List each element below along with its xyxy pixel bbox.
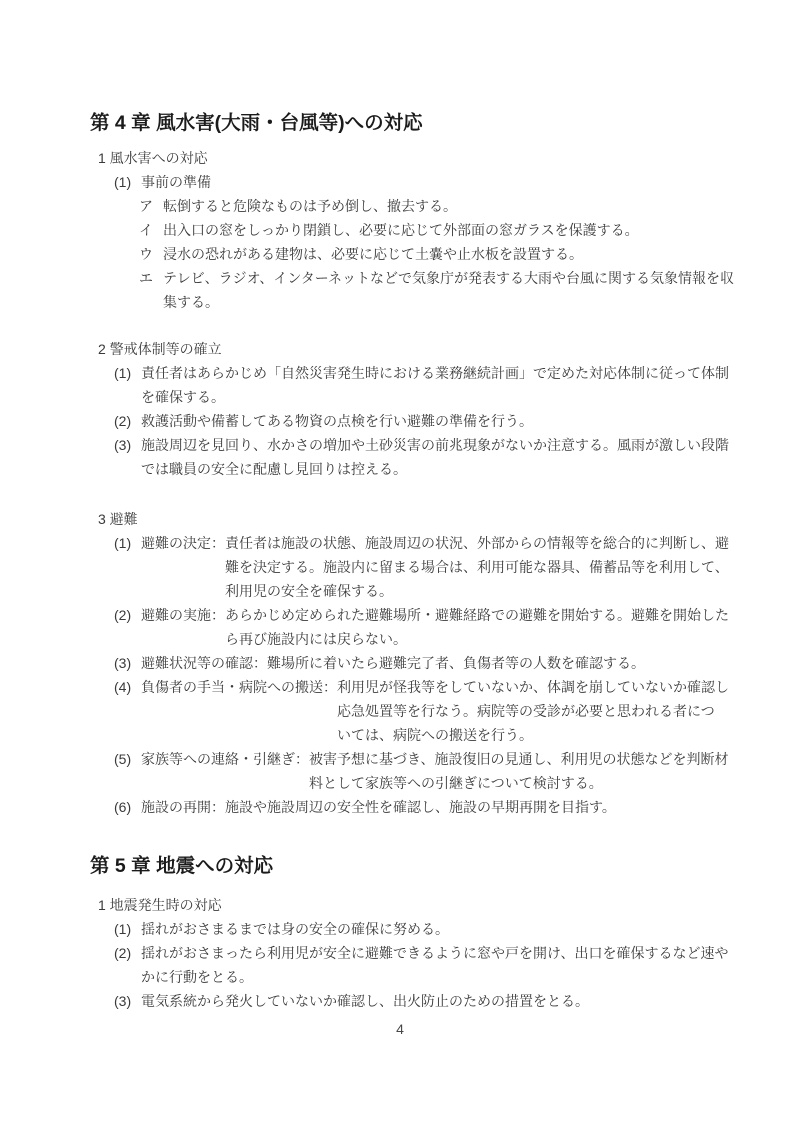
- item-label: 負傷者の手当・病院への搬送：: [141, 675, 337, 747]
- chapter-4-title: 第 4 章 風水害(大雨・台風等)への対応: [90, 110, 760, 136]
- item-kana: ウ: [139, 242, 163, 266]
- section-alert-system: 2 警戒体制等の確立 (1) 責任者はあらかじめ「自然災害発生時における業務継続…: [90, 337, 760, 481]
- item-number: (1): [114, 917, 141, 941]
- section-2-heading: 2 警戒体制等の確立: [98, 337, 760, 361]
- document-page: 第 4 章 風水害(大雨・台風等)への対応 1 風水害への対応 (1) 事前の準…: [0, 0, 800, 1131]
- item-number: (2): [114, 941, 141, 989]
- chapter-5-title: 第 5 章 地震への対応: [90, 853, 760, 879]
- item-text: 施設や施設周辺の安全性を確認し、施設の早期再開を目指す。: [225, 795, 616, 819]
- section-earthquake-response: 1 地震発生時の対応 (1) 揺れがおさまるまでは身の安全の確保に努める。 (2…: [90, 893, 760, 1013]
- item-text: 責任者は施設の状態、施設周辺の状況、外部からの情報等を総合的に判断し、避 難を決…: [225, 531, 729, 603]
- section-1-heading: 1 風水害への対応: [98, 146, 760, 170]
- item-text: テレビ、ラジオ、インターネットなどで気象庁が発表する大雨や台風に関する気象情報を…: [163, 266, 734, 314]
- item-kana: ア: [139, 194, 163, 218]
- list-item: (2) 避難の実施： あらかじめ定められた避難場所・避難経路での避難を開始する。…: [114, 603, 760, 651]
- list-item: (3) 避難状況等の確認： 難場所に着いたら避難完了者、負傷者等の人数を確認する…: [114, 651, 760, 675]
- item-number: (5): [114, 747, 141, 795]
- list-item: (4) 負傷者の手当・病院への搬送： 利用児が怪我等をしていないか、体調を崩して…: [114, 675, 760, 747]
- list-item: (5) 家族等への連絡・引継ぎ： 被害予想に基づき、施設復旧の見通し、利用児の状…: [114, 747, 760, 795]
- item-number: (6): [114, 795, 141, 819]
- item-label: 避難状況等の確認：: [141, 651, 267, 675]
- item-number: (4): [114, 675, 141, 747]
- item-text: 出入口の窓をしっかり閉鎖し、必要に応じて外部面の窓ガラスを保護する。: [163, 218, 639, 242]
- item-number: (2): [114, 603, 141, 651]
- list-item: (6) 施設の再開： 施設や施設周辺の安全性を確認し、施設の早期再開を目指す。: [114, 795, 760, 819]
- item-text: 責任者はあらかじめ「自然災害発生時における業務継続計画」で定めた対応体制に従って…: [141, 361, 729, 409]
- item-text: あらかじめ定められた避難場所・避難経路での避難を開始する。避難を開始した ら再び…: [225, 603, 729, 651]
- list-item: ア 転倒すると危険なものは予め倒し、撤去する。: [139, 194, 760, 218]
- list-item: イ 出入口の窓をしっかり閉鎖し、必要に応じて外部面の窓ガラスを保護する。: [139, 218, 760, 242]
- item-text: 救護活動や備蓄してある物資の点検を行い避難の準備を行う。: [141, 409, 533, 433]
- list-item: ウ 浸水の恐れがある建物は、必要に応じて土嚢や止水板を設置する。: [139, 242, 760, 266]
- list-item: (2) 救護活動や備蓄してある物資の点検を行い避難の準備を行う。: [114, 409, 760, 433]
- item-text: 揺れがおさまったら利用児が安全に避難できるように窓や戸を開け、出口を確保するなど…: [141, 941, 728, 989]
- list-item: (3) 電気系統から発火していないか確認し、出火防止のための措置をとる。: [114, 989, 760, 1013]
- item-text: 転倒すると危険なものは予め倒し、撤去する。: [163, 194, 457, 218]
- list-item: (1) 責任者はあらかじめ「自然災害発生時における業務継続計画」で定めた対応体制…: [114, 361, 760, 409]
- item-number: (3): [114, 433, 141, 481]
- item-number: (3): [114, 651, 141, 675]
- item-text: 浸水の恐れがある建物は、必要に応じて土嚢や止水板を設置する。: [163, 242, 583, 266]
- item-text: 電気系統から発火していないか確認し、出火防止のための措置をとる。: [141, 989, 589, 1013]
- list-item: (3) 施設周辺を見回り、水かさの増加や土砂災害の前兆現象がないか注意する。風雨…: [114, 433, 760, 481]
- item-label: 施設の再開：: [141, 795, 225, 819]
- section-3-heading: 3 避難: [98, 507, 760, 531]
- item-number: (1): [114, 361, 141, 409]
- item-text: 難場所に着いたら避難完了者、負傷者等の人数を確認する。: [267, 651, 645, 675]
- item-text: 被害予想に基づき、施設復旧の見通し、利用児の状態などを判断材 料として家族等への…: [309, 747, 728, 795]
- section-1-heading-ch5: 1 地震発生時の対応: [98, 893, 760, 917]
- item-number: (1): [114, 170, 141, 194]
- list-item: (1) 避難の決定： 責任者は施設の状態、施設周辺の状況、外部からの情報等を総合…: [114, 531, 760, 603]
- page-number: 4: [0, 1019, 800, 1039]
- item-number: (3): [114, 989, 141, 1013]
- list-item: (1) 揺れがおさまるまでは身の安全の確保に努める。: [114, 917, 760, 941]
- item-kana: エ: [139, 266, 163, 314]
- item-number: (1): [114, 531, 141, 603]
- list-item: エ テレビ、ラジオ、インターネットなどで気象庁が発表する大雨や台風に関する気象情…: [139, 266, 760, 314]
- item-label: 家族等への連絡・引継ぎ：: [141, 747, 309, 795]
- item-text: 事前の準備: [141, 170, 211, 194]
- item-number: (2): [114, 409, 141, 433]
- list-item: (2) 揺れがおさまったら利用児が安全に避難できるように窓や戸を開け、出口を確保…: [114, 941, 760, 989]
- item-text: 揺れがおさまるまでは身の安全の確保に努める。: [141, 917, 449, 941]
- section-windflood-response: 1 風水害への対応 (1) 事前の準備 ア 転倒すると危険なものは予め倒し、撤去…: [90, 146, 760, 314]
- item-text: 施設周辺を見回り、水かさの増加や土砂災害の前兆現象がないか注意する。風雨が激しい…: [141, 433, 729, 481]
- item-text: 利用児が怪我等をしていないか、体調を崩していないか確認し 応急処置等を行なう。病…: [337, 675, 729, 747]
- section-evacuation: 3 避難 (1) 避難の決定： 責任者は施設の状態、施設周辺の状況、外部からの情…: [90, 507, 760, 819]
- list-item: (1) 事前の準備: [114, 170, 760, 194]
- item-label: 避難の実施：: [141, 603, 225, 651]
- item-kana: イ: [139, 218, 163, 242]
- item-label: 避難の決定：: [141, 531, 225, 603]
